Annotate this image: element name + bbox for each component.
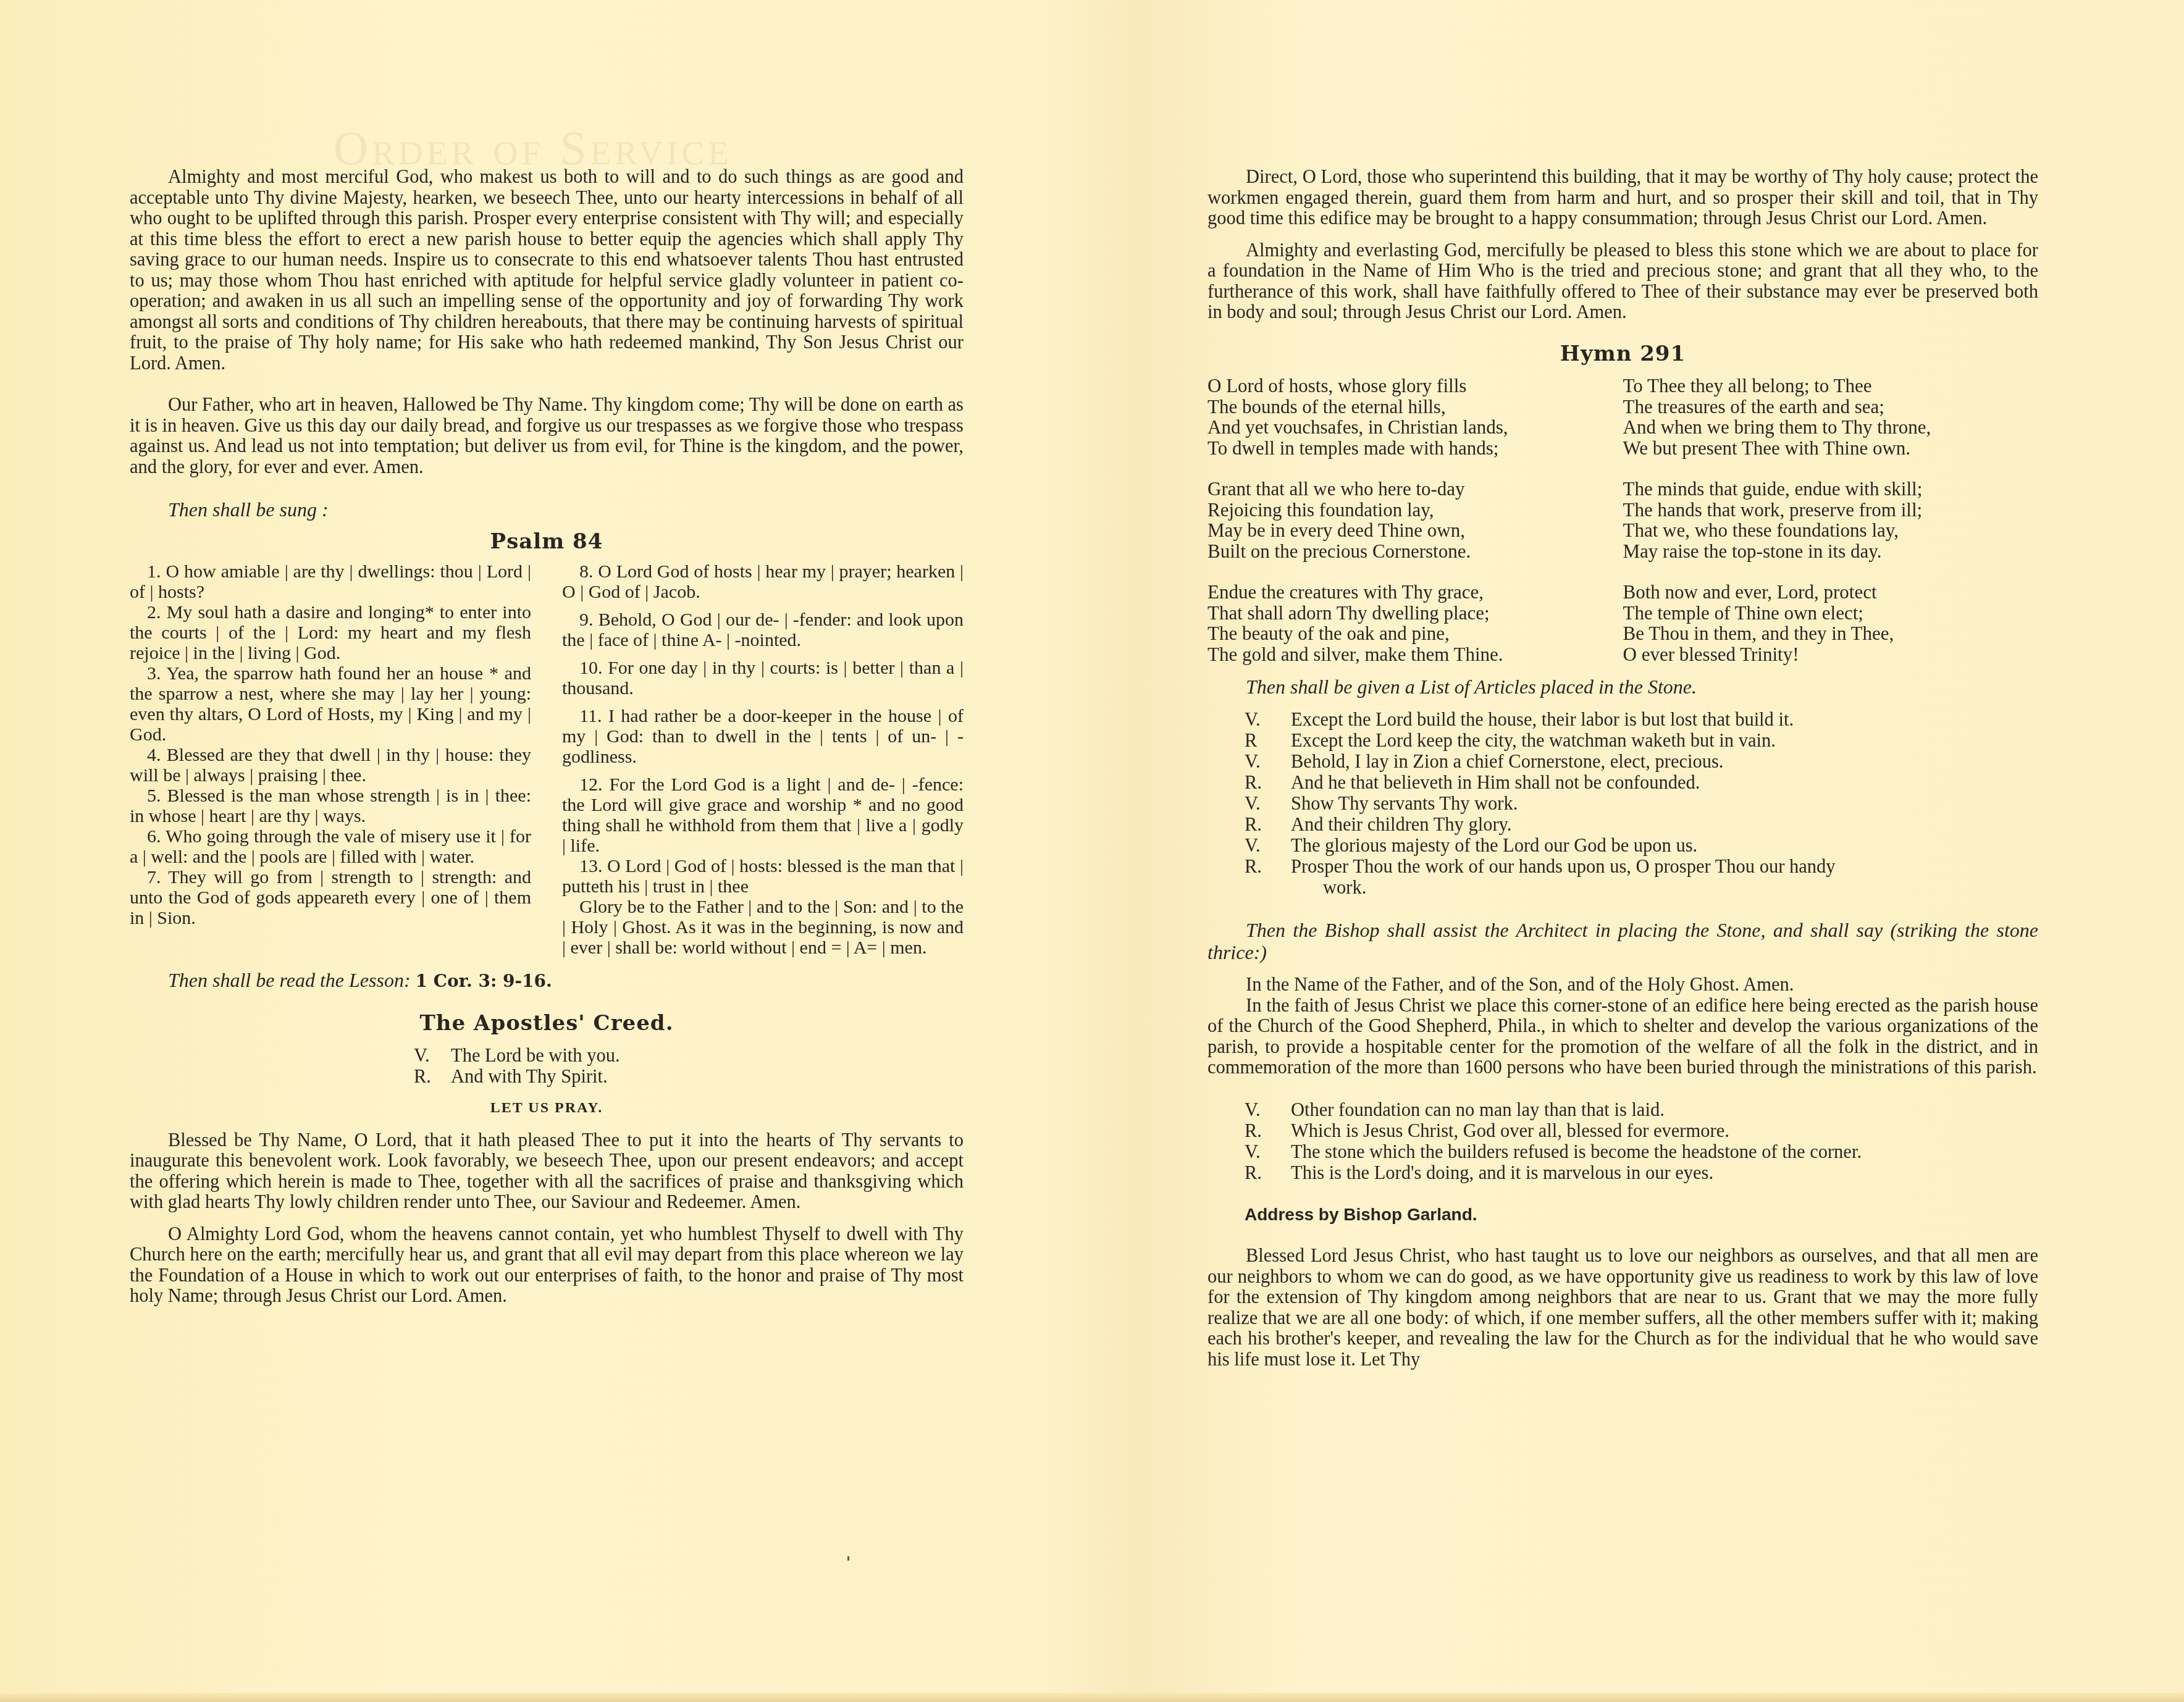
prayer-foundation: O Almighty Lord God, whom the heavens ca… bbox=[130, 1224, 964, 1307]
versicle: V.The glorious majesty of the Lord our G… bbox=[1245, 835, 2038, 856]
psalm-84: 1. O how amiable | are thy | dwellings: … bbox=[130, 561, 964, 958]
prayer-neighbors: Blessed Lord Jesus Christ, who hast taug… bbox=[1207, 1246, 2038, 1370]
lesson-reference: 1 Cor. 3: 9-16. bbox=[416, 971, 552, 991]
versicle-text: Show Thy servants Thy work. bbox=[1291, 793, 1518, 814]
hymn-line: The beauty of the oak and pine, bbox=[1207, 623, 1623, 644]
versicle: V.Show Thy servants Thy work. bbox=[1245, 793, 2038, 814]
versicle-tag: V. bbox=[1245, 835, 1291, 856]
prayer-parish: Almighty and most merciful God, who make… bbox=[130, 167, 964, 374]
response-tag: R. bbox=[414, 1066, 451, 1087]
right-page: Direct, O Lord, those who superintend th… bbox=[1207, 167, 2038, 1370]
rubric-bishop: Then the Bishop shall assist the Archite… bbox=[1207, 919, 2038, 963]
dedication: In the faith of Jesus Christ we place th… bbox=[1207, 996, 2038, 1078]
hymn-line: The treasures of the earth and sea; bbox=[1623, 396, 2039, 417]
versicle-text: The glorious majesty of the Lord our God… bbox=[1291, 835, 1697, 856]
let-us-pray: LET US PRAY. bbox=[130, 1098, 964, 1119]
response: R.And their children Thy glory. bbox=[1245, 814, 2038, 835]
hymn-line: May be in every deed Thine own, bbox=[1207, 520, 1623, 541]
prayer-bless-stone: Almighty and everlasting God, mercifully… bbox=[1207, 240, 2038, 323]
response-text: Which is Jesus Christ, God over all, ble… bbox=[1291, 1120, 1729, 1141]
response-text: And he that believeth in Him shall not b… bbox=[1291, 772, 1700, 793]
hymn-line: That we, who these foundations lay, bbox=[1623, 520, 2039, 541]
versicle: V. The Lord be with you. bbox=[414, 1045, 964, 1066]
hymn-line: Grant that all we who here to-day bbox=[1207, 479, 1623, 500]
hymn-line: May raise the top-stone in its day. bbox=[1623, 541, 2039, 562]
psalm-verse: 9. Behold, O God | our de- | -fender: an… bbox=[562, 610, 964, 650]
psalm-verse: 6. Who going through the vale of misery … bbox=[130, 826, 531, 867]
psalm-verse: 10. For one day | in thy | courts: is | … bbox=[562, 658, 964, 698]
response: R.Prosper Thou the work of our hands upo… bbox=[1245, 856, 2038, 877]
versicle-tag: V. bbox=[1245, 793, 1291, 814]
response: R.And he that believeth in Him shall not… bbox=[1245, 772, 2038, 793]
psalm-column-right: 8. O Lord God of hosts | hear my | praye… bbox=[562, 561, 964, 958]
versicle-text: The Lord be with you. bbox=[451, 1045, 620, 1066]
versicle-text: The stone which the builders refused is … bbox=[1291, 1141, 1862, 1162]
hymn-line: O Lord of hosts, whose glory fills bbox=[1207, 375, 1623, 396]
versicle-tag: V. bbox=[1245, 1099, 1291, 1120]
psalm-verse: 5. Blessed is the man whose strength | i… bbox=[130, 786, 531, 826]
hymn-line: To dwell in temples made with hands; bbox=[1207, 438, 1623, 459]
versicle: V.Except the Lord build the house, their… bbox=[1245, 709, 2038, 730]
creed-versicles: V. The Lord be with you. R. And with Thy… bbox=[414, 1045, 964, 1087]
psalm-verse: 3. Yea, the sparrow hath found her an ho… bbox=[130, 663, 531, 745]
versicle-tag: V. bbox=[1245, 1141, 1291, 1162]
hymn-line: That shall adorn Thy dwelling place; bbox=[1207, 603, 1623, 624]
rubric-articles: Then shall be given a List of Articles p… bbox=[1207, 676, 2038, 698]
hymn-line: And yet vouchsafes, in Christian lands, bbox=[1207, 417, 1623, 438]
hymn-line: The bounds of the eternal hills, bbox=[1207, 396, 1623, 417]
versicle-text: Except the Lord build the house, their l… bbox=[1291, 709, 1794, 730]
psalm-verse: 12. For the Lord God is a light | and de… bbox=[562, 774, 964, 856]
left-page: Almighty and most merciful God, who make… bbox=[130, 167, 964, 1307]
response-tag: R. bbox=[1245, 856, 1291, 877]
psalm-verse: 13. O Lord | God of | hosts: blessed is … bbox=[562, 856, 964, 897]
rubric-sung: Then shall be sung : bbox=[130, 498, 964, 521]
response: R.Which is Jesus Christ, God over all, b… bbox=[1245, 1120, 2038, 1141]
lords-prayer: Our Father, who art in heaven, Hallowed … bbox=[130, 395, 964, 477]
versicle-text: Behold, I lay in Zion a chief Cornerston… bbox=[1291, 751, 1723, 772]
page-bottom-edge bbox=[0, 1693, 2184, 1702]
response-tag: R. bbox=[1245, 814, 1291, 835]
psalm-verse: 4. Blessed are they that dwell | in thy … bbox=[130, 745, 531, 786]
hymn-column-right: To Thee they all belong; to Thee The tre… bbox=[1623, 375, 2039, 664]
prayer-benevolent-work: Blessed be Thy Name, O Lord, that it hat… bbox=[130, 1130, 964, 1213]
versicle-tag: V. bbox=[1245, 709, 1291, 730]
versicle-text: Other foundation can no man lay than tha… bbox=[1291, 1099, 1665, 1120]
response-text-cont: work. bbox=[1291, 877, 1366, 898]
response-tag: R. bbox=[1245, 772, 1291, 793]
psalm-column-left: 1. O how amiable | are thy | dwellings: … bbox=[130, 561, 531, 958]
rubric-lesson-text: Then shall be read the Lesson: bbox=[168, 969, 411, 991]
creed-title: The Apostles' Creed. bbox=[130, 1013, 964, 1034]
versicles-articles: V.Except the Lord build the house, their… bbox=[1245, 709, 2038, 898]
hymn-line: Be Thou in them, and they in Thee, bbox=[1623, 623, 2039, 644]
hymn-column-left: O Lord of hosts, whose glory fills The b… bbox=[1207, 375, 1623, 664]
psalm-verse: 1. O how amiable | are thy | dwellings: … bbox=[130, 561, 531, 602]
response-text: Except the Lord keep the city, the watch… bbox=[1291, 730, 1776, 751]
hymn-line: The hands that work, preserve from ill; bbox=[1623, 500, 2039, 521]
hymn-line: Built on the precious Cornerstone. bbox=[1207, 541, 1623, 562]
invocation: In the Name of the Father, and of the So… bbox=[1207, 975, 2038, 996]
response: R.This is the Lord's doing, and it is ma… bbox=[1245, 1162, 2038, 1183]
psalm-verse: 7. They will go from | strength to | str… bbox=[130, 867, 531, 928]
response: R. And with Thy Spirit. bbox=[414, 1066, 964, 1087]
versicle-tag: V. bbox=[1245, 751, 1291, 772]
hymn-line: The temple of Thine own elect; bbox=[1623, 603, 2039, 624]
hymn-line: To Thee they all belong; to Thee bbox=[1623, 375, 2039, 396]
psalm-verse: 8. O Lord God of hosts | hear my | praye… bbox=[562, 561, 964, 602]
response-tag: R. bbox=[1245, 1162, 1291, 1183]
versicle: V.Other foundation can no man lay than t… bbox=[1245, 1099, 2038, 1120]
response-tag: R. bbox=[1245, 1120, 1291, 1141]
hymn-line: The minds that guide, endue with skill; bbox=[1623, 479, 2039, 500]
versicles-foundation: V.Other foundation can no man lay than t… bbox=[1245, 1099, 2038, 1183]
hymn-title: Hymn 291 bbox=[1207, 344, 2038, 365]
response-text: This is the Lord's doing, and it is marv… bbox=[1291, 1162, 1713, 1183]
versicle: V.Behold, I lay in Zion a chief Cornerst… bbox=[1245, 751, 2038, 772]
hymn-line: And when we bring them to Thy throne, bbox=[1623, 417, 2039, 438]
response-text: Prosper Thou the work of our hands upon … bbox=[1291, 856, 1836, 877]
hymn-line: The gold and silver, make them Thine. bbox=[1207, 644, 1623, 665]
versicle: V.The stone which the builders refused i… bbox=[1245, 1141, 2038, 1162]
hymn-line: Endue the creatures with Thy grace, bbox=[1207, 582, 1623, 603]
hymn-line: O ever blessed Trinity! bbox=[1623, 644, 2039, 665]
response-text: And with Thy Spirit. bbox=[451, 1066, 608, 1087]
hymn-line: Rejoicing this foundation lay, bbox=[1207, 500, 1623, 521]
response-tag: R bbox=[1245, 730, 1291, 751]
response-text: And their children Thy glory. bbox=[1291, 814, 1511, 835]
rubric-lesson: Then shall be read the Lesson: 1 Cor. 3:… bbox=[130, 969, 964, 992]
prayer-direct: Direct, O Lord, those who superintend th… bbox=[1207, 167, 2038, 229]
psalm-verse: 2. My soul hath a dasire and longing* to… bbox=[130, 602, 531, 663]
psalm-title: Psalm 84 bbox=[130, 532, 964, 553]
ink-speck bbox=[847, 1556, 849, 1561]
response-continuation: work. bbox=[1245, 877, 2038, 898]
response: RExcept the Lord keep the city, the watc… bbox=[1245, 730, 2038, 751]
hymn-line: We but present Thee with Thine own. bbox=[1623, 438, 2039, 459]
versicle-tag: V. bbox=[414, 1045, 451, 1066]
psalm-verse: 11. I had rather be a door-keeper in the… bbox=[562, 706, 964, 767]
hymn-291: O Lord of hosts, whose glory fills The b… bbox=[1207, 375, 2038, 664]
hymn-line: Both now and ever, Lord, protect bbox=[1623, 582, 2039, 603]
address-heading: Address by Bishop Garland. bbox=[1245, 1204, 2038, 1225]
gloria-patri: Glory be to the Father | and to the | So… bbox=[562, 897, 964, 958]
